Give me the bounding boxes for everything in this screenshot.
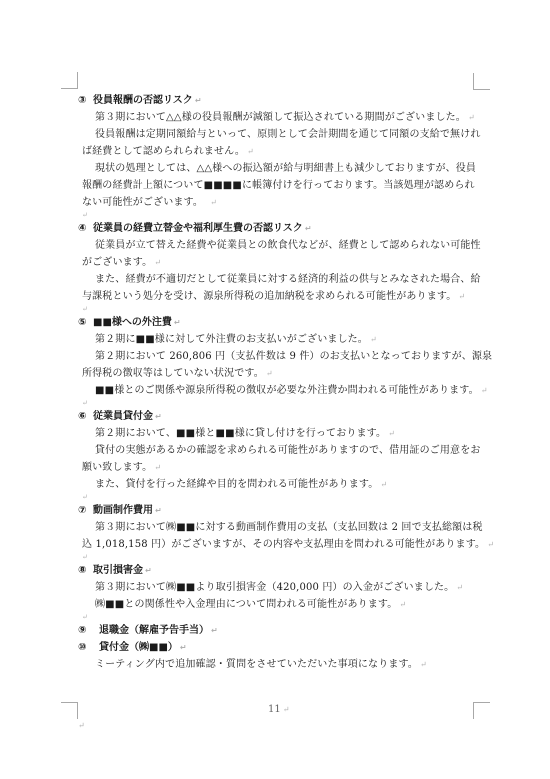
section-7: ⑦動画制作費用↵ 第３期において㈱■■に対する動画制作費用の支払（支払回数は 2… [78,502,492,562]
section-title: ■■様への外注費 [93,317,172,328]
body-line: ■■様とのご関係や源泉所得税の徴収が必要な外注費か問われる可能性があります。↵ [78,382,492,399]
paragraph-mark-icon: ↵ [180,643,187,652]
section-10: ⑩貸付金（㈱■■）↵ ミーティング内で追加確認・質問をさせていただいた事項になり… [78,639,492,673]
paragraph-mark-icon: ↵ [388,429,395,438]
margin-corner-bottom-right [473,702,490,719]
paragraph-mark-icon: ↵ [247,147,254,156]
body-line: また、経費が不適切だとして従業員に対する経済的利益の供与とみなされた場合、給 [78,271,492,288]
body-line: 第３期において△△様の役員報酬が減額して振込されている期間がございました。↵ [78,109,492,126]
paragraph-mark-icon: ↵ [305,224,312,233]
section-heading: ④従業員の経費立替金や福利厚生費の否認リスク↵ [78,220,492,237]
body-line: ㈱■■との関係性や入金理由について問われる可能性があります。↵ [78,596,492,613]
section-heading: ⑩貸付金（㈱■■）↵ [78,639,492,656]
paragraph-mark-icon: ↵ [370,335,377,344]
paragraph-mark-icon: ↵ [210,198,217,207]
section-title: 動画制作費用 [93,505,153,516]
section-number: ⑤ [78,314,93,331]
paragraph-mark-icon: ↵ [195,96,202,105]
body-line: 願い致します。↵ [78,459,492,476]
body-line: 込 1,018,158 円）がございますが、その内容や支払理由を問われる可能性が… [78,536,492,553]
paragraph-mark-icon: ↵ [145,566,152,575]
section-title: 貸付金（㈱■■） [99,642,178,653]
section-number: ⑦ [78,502,93,519]
paragraph-mark-icon: ↵ [380,480,387,489]
empty-paragraph: ↵ [78,305,492,314]
section-number: ③ [78,92,93,109]
paragraph-mark-icon: ↵ [481,386,488,395]
section-3: ③役員報酬の否認リスク↵ 第３期において△△様の役員報酬が減額して振込されている… [78,92,492,220]
section-6: ⑥従業員貸付金↵ 第２期において、■■様と■■様に貸し付けを行っております。↵ … [78,408,492,502]
section-title: 従業員の経費立替金や福利厚生費の否認リスク [93,223,303,234]
paragraph-mark-icon: ↵ [155,412,162,421]
paragraph-mark-icon: ↵ [174,318,181,327]
section-number: ⑨ [78,622,99,639]
body-line: ない可能性がございます。 ↵ [78,194,492,211]
body-line: 第３期において㈱■■に対する動画制作費用の支払（支払回数は 2 回で支払総額は税 [78,519,492,536]
paragraph-mark-icon: ↵ [456,583,463,592]
paragraph-mark-icon: ↵ [154,258,161,267]
section-5: ⑤■■様への外注費↵ 第２期に■■様に対して外注費のお支払いがございました。↵ … [78,314,492,408]
empty-paragraph: ↵ [78,553,492,562]
margin-corner-top-left [61,72,78,89]
section-title: 退職金（解雇予告手当） [99,625,209,636]
body-line: 与課税という処分を受け、源泉所得税の追加納税を求められる可能性があります。↵ [78,288,492,305]
section-heading: ⑥従業員貸付金↵ [78,408,492,425]
empty-paragraph: ↵ [78,613,492,622]
paragraph-mark-icon: ↵ [487,540,494,549]
section-heading: ⑦動画制作費用↵ [78,502,492,519]
body-line: 報酬の経費計上額について■■■■に帳簿付けを行っております。当該処理が認められ [78,177,492,194]
trailing-paragraph-mark-icon: ↵ [78,721,85,730]
section-number: ⑩ [78,639,99,656]
body-line: 現状の処理としては、△△様への振込額が給与明細書上も減少しておりますが、役員 [78,160,492,177]
empty-paragraph: ↵ [78,211,492,220]
body-line: 従業員が立て替えた経費や従業員との飲食代などが、経費として認められない可能性 [78,237,492,254]
body-line: 第２期において、■■様と■■様に貸し付けを行っております。↵ [78,425,492,442]
section-heading: ⑨退職金（解雇予告手当）↵ [78,622,492,639]
paragraph-mark-icon: ↵ [211,626,218,635]
margin-corner-bottom-left [61,702,78,719]
empty-paragraph: ↵ [78,493,492,502]
section-heading: ③役員報酬の否認リスク↵ [78,92,492,109]
margin-corner-top-right [473,73,490,90]
paragraph-mark-icon: ↵ [154,463,161,472]
body-line: 所得税の徴収等はしていない状況です。↵ [78,365,492,382]
paragraph-mark-icon: ↵ [283,705,290,714]
section-title: 取引損害金 [93,565,143,576]
body-line: ミーティング内で追加確認・質問をさせていただいた事項になります。↵ [78,656,492,673]
paragraph-mark-icon: ↵ [266,369,273,378]
body-line: 役員報酬は定期同額給与といって、原則として会計期間を通じて同額の支給で無けれ [78,126,492,143]
section-number: ④ [78,220,93,237]
page-number: 11↵ [268,704,289,715]
section-heading: ⑤■■様への外注費↵ [78,314,492,331]
body-line: 貸付の実態があるかの確認を求められる可能性がありますので、借用証のご用意をお [78,442,492,459]
body-line: がございます。↵ [78,254,492,271]
document-body[interactable]: ③役員報酬の否認リスク↵ 第３期において△△様の役員報酬が減額して振込されている… [78,92,492,673]
section-9: ⑨退職金（解雇予告手当）↵ [78,622,492,639]
paragraph-mark-icon: ↵ [468,113,475,122]
body-line: ば経費として認められられません。↵ [78,143,492,160]
section-heading: ⑧取引損害金↵ [78,562,492,579]
section-number: ⑥ [78,408,93,425]
paragraph-mark-icon: ↵ [420,660,427,669]
paragraph-mark-icon: ↵ [155,506,162,515]
section-4: ④従業員の経費立替金や福利厚生費の否認リスク↵ 従業員が立て替えた経費や従業員と… [78,220,492,314]
body-line: 第２期に■■様に対して外注費のお支払いがございました。↵ [78,331,492,348]
body-line: 第２期において 260,806 円（支払件数は 9 件）のお支払いとなっておりま… [78,348,492,365]
paragraph-mark-icon: ↵ [458,292,465,301]
section-title: 役員報酬の否認リスク [93,95,193,106]
body-line: また、貸付を行った経緯や目的を問われる可能性があります。↵ [78,476,492,493]
section-8: ⑧取引損害金↵ 第３期において㈱■■より取引損害金（420,000 円）の入金が… [78,562,492,622]
empty-paragraph: ↵ [78,399,492,408]
body-line: 第３期において㈱■■より取引損害金（420,000 円）の入金がございました。↵ [78,579,492,596]
paragraph-mark-icon: ↵ [399,600,406,609]
section-title: 従業員貸付金 [93,411,153,422]
section-number: ⑧ [78,562,93,579]
